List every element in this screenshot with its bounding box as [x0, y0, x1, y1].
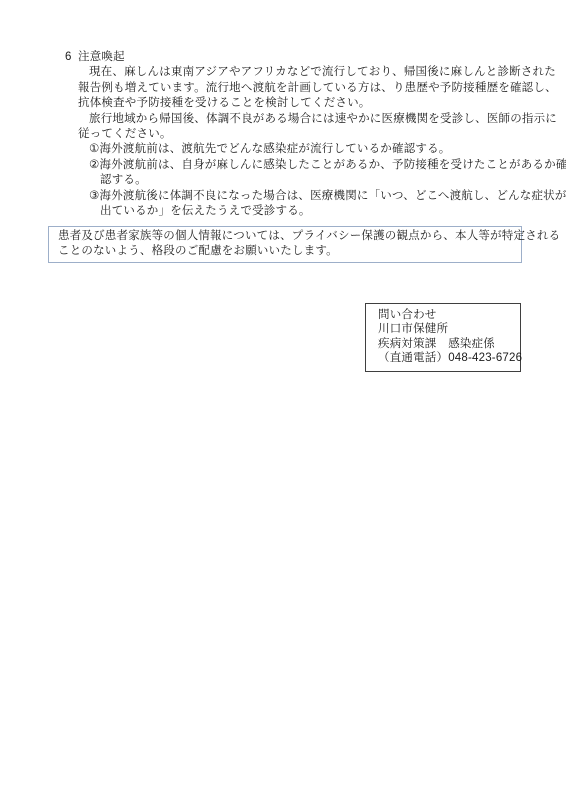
- section-title: 注意喚起: [78, 51, 125, 63]
- section-heading: 6注意喚起: [65, 50, 517, 65]
- list-item-3-continued: 出ているか」を伝えたうえで受診する。: [65, 204, 517, 219]
- contact-info-box: 問い合わせ 川口市保健所 疾病対策課 感染症係 （直通電話）048-423-67…: [365, 303, 521, 372]
- document-page: 6注意喚起 現在、麻しんは東南アジアやアフリカなどで流行しており、帰国後に麻しん…: [0, 0, 566, 800]
- body-line: 抗体検査や予防接種を受けることを検討してください。: [65, 96, 517, 111]
- body-line: 旅行地域から帰国後、体調不良がある場合には速やかに医療機関を受診し、医師の指示に: [65, 112, 517, 127]
- contact-label: 問い合わせ: [378, 308, 520, 322]
- list-item-1: ①海外渡航前は、渡航先でどんな感染症が流行しているか確認する。: [65, 142, 517, 157]
- privacy-notice-line: ことのないよう、格段のご配慮をお願いいたします。: [58, 244, 513, 259]
- privacy-notice-line: 患者及び患者家族等の個人情報については、プライバシー保護の観点から、本人等が特定…: [58, 229, 513, 244]
- notice-section: 6注意喚起 現在、麻しんは東南アジアやアフリカなどで流行しており、帰国後に麻しん…: [65, 50, 517, 219]
- body-line: 従ってください。: [65, 127, 517, 142]
- list-item-2: ②海外渡航前は、自身が麻しんに感染したことがあるか、予防接種を受けたことがあるか…: [65, 158, 517, 173]
- list-item-3: ③海外渡航後に体調不良になった場合は、医療機関に「いつ、どこへ渡航し、どんな症状…: [65, 189, 517, 204]
- body-line: 報告例も増えています。流行地へ渡航を計画している方は、り患歴や予防接種歴を確認し…: [65, 81, 517, 96]
- contact-department: 疾病対策課 感染症係: [378, 337, 520, 351]
- contact-phone: （直通電話）048-423-6726: [378, 351, 520, 365]
- list-item-2-continued: 認する。: [65, 173, 517, 188]
- section-number: 6: [65, 50, 78, 65]
- contact-organization: 川口市保健所: [378, 322, 520, 336]
- privacy-notice-box: 患者及び患者家族等の個人情報については、プライバシー保護の観点から、本人等が特定…: [48, 226, 522, 263]
- body-line: 現在、麻しんは東南アジアやアフリカなどで流行しており、帰国後に麻しんと診断された: [65, 65, 517, 80]
